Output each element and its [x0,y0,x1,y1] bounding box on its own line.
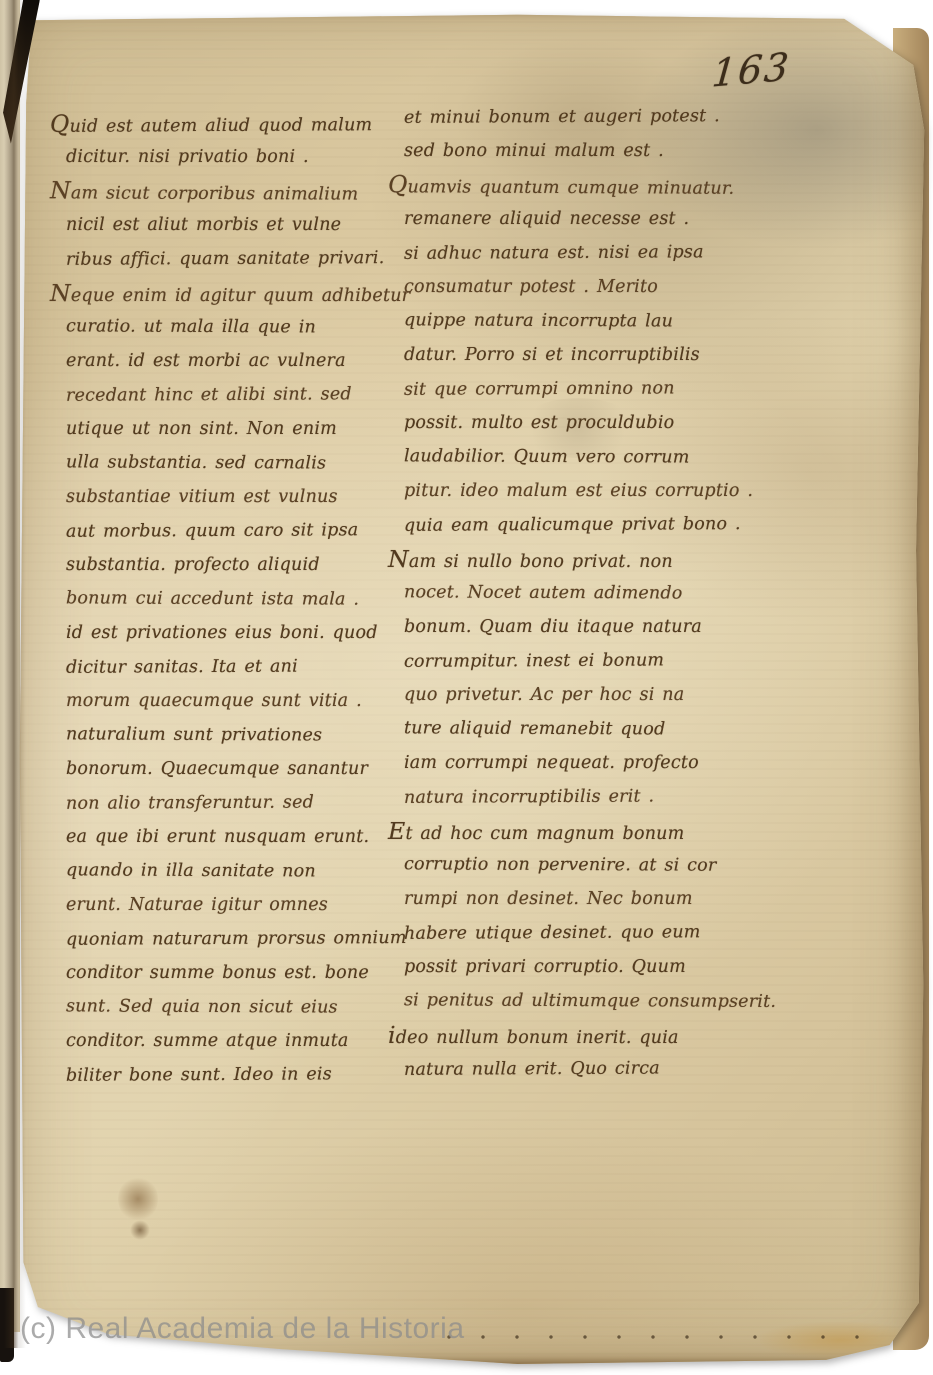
manuscript-line: erunt. Naturae igitur omnes [50,888,380,922]
manuscript-line: quando in illa sanitate non [50,853,380,888]
manuscript-line: aut morbus. quum caro sit ipsa [50,513,380,549]
manuscript-line: bonum. Quam diu itaque natura [388,610,738,644]
manuscript-line: recedant hinc et alibi sint. sed [50,377,380,413]
manuscript-line: dicitur. nisi privatio boni . [50,140,380,174]
manuscript-line: si penitus ad ultimumque consumpserit. [388,983,738,1019]
manuscript-line: nicil est aliut morbis et vulne [50,208,380,242]
manuscript-line: non alio transferuntur. sed [50,785,380,821]
manuscript-line: quia eam qualicumque privat bono . [388,507,738,543]
manuscript-line: Et ad hoc cum magnum bonum [388,814,738,848]
manuscript-line: id est privationes eius boni. quod [50,616,380,650]
manuscript-line: sed bono minui malum est . [388,134,738,168]
manuscript-line: possit. multo est proculdubio [388,406,738,440]
manuscript-line: quo privetur. Ac per hoc si na [388,678,738,712]
manuscript-line: et minui bonum et augeri potest . [388,99,738,135]
manuscript-line: substantiae vitium est vulnus [50,480,380,514]
manuscript-line: possit privari corruptio. Quum [388,950,738,984]
manuscript-photo: 163 Quid est autem aliud quod malumdicit… [0,0,933,1375]
manuscript-line: ideo nullum bonum inerit. quia [388,1018,738,1052]
folio-number: 163 [710,44,792,95]
manuscript-line: pitur. ideo malum est eius corruptio . [388,474,738,508]
manuscript-line: dicitur sanitas. Ita et ani [50,649,380,685]
text-column-left: Quid est autem aliud quod malumdicitur. … [50,106,380,1092]
manuscript-line: biliter bone sunt. Ideo in eis [50,1057,380,1093]
stain-bottom-right-patch [760,1322,920,1358]
manuscript-line: ribus affici. quam sanitate privari. [50,241,380,277]
parchment-wrap: 163 Quid est autem aliud quod malumdicit… [0,0,933,1375]
manuscript-line: sit que corrumpi omnino non [388,371,738,407]
manuscript-line: natura incorruptibilis erit . [388,779,738,815]
pricking-holes [432,1334,882,1340]
manuscript-line: quippe natura incorrupta lau [388,303,738,339]
manuscript-line: ture aliquid remanebit quod [388,711,738,747]
stain-brown-spot-small [130,1220,150,1240]
manuscript-line: rumpi non desinet. Nec bonum [388,882,738,916]
manuscript-line: habere utique desinet. quo eum [388,915,738,951]
manuscript-line: substantia. profecto aliquid [50,548,380,582]
manuscript-line: laudabilior. Quum vero corrum [388,439,738,475]
manuscript-line: corrumpitur. inest ei bonum [388,643,738,679]
manuscript-line: corruptio non pervenire. at si cor [388,847,738,883]
watermark-text: (c) Real Academia de la Historia [20,1312,465,1346]
manuscript-line: datur. Porro si et incorruptibilis [388,338,738,372]
manuscript-line: Quamvis quantum cumque minuatur. [388,167,738,203]
manuscript-line: si adhuc natura est. nisi ea ipsa [388,235,738,271]
stain-brown-spot [118,1176,158,1222]
text-column-right: et minui bonum et augeri potest .sed bon… [388,100,738,1086]
manuscript-line: natura nulla erit. Quo circa [388,1051,738,1087]
manuscript-line: naturalium sunt privationes [50,717,380,752]
manuscript-line: Nam sicut corporibus animalium [50,173,380,208]
manuscript-line: utique ut non sint. Non enim [50,412,380,446]
parchment-page: 163 Quid est autem aliud quod malumdicit… [18,8,926,1364]
manuscript-line: consumatur potest . Merito [388,270,738,304]
manuscript-line: curatio. ut mala illa que in [50,309,380,344]
manuscript-line: nocet. Nocet autem adimendo [388,575,738,611]
manuscript-line: Neque enim id agitur quum adhibetur [50,276,380,310]
manuscript-line: morum quaecumque sunt vitia . [50,684,380,718]
manuscript-line: conditor. summe atque inmuta [50,1024,380,1058]
manuscript-line: erant. id est morbi ac vulnera [50,344,380,378]
manuscript-line: conditor summe bonus est. bone [50,956,380,990]
manuscript-line: bonorum. Quaecumque sanantur [50,752,380,786]
manuscript-line: Nam si nullo bono privat. non [388,542,738,576]
manuscript-line: remanere aliquid necesse est . [388,202,738,236]
manuscript-line: iam corrumpi nequeat. profecto [388,746,738,780]
manuscript-line: sunt. Sed quia non sicut eius [50,989,380,1024]
manuscript-line: ea que ibi erunt nusquam erunt. [50,820,380,854]
manuscript-line: quoniam naturarum prorsus omnium [50,921,380,957]
manuscript-line: bonum cui accedunt ista mala . [50,581,380,616]
manuscript-line: Quid est autem aliud quod malum [50,105,380,141]
gutter-shadow [4,0,26,1348]
manuscript-line: ulla substantia. sed carnalis [50,445,380,480]
